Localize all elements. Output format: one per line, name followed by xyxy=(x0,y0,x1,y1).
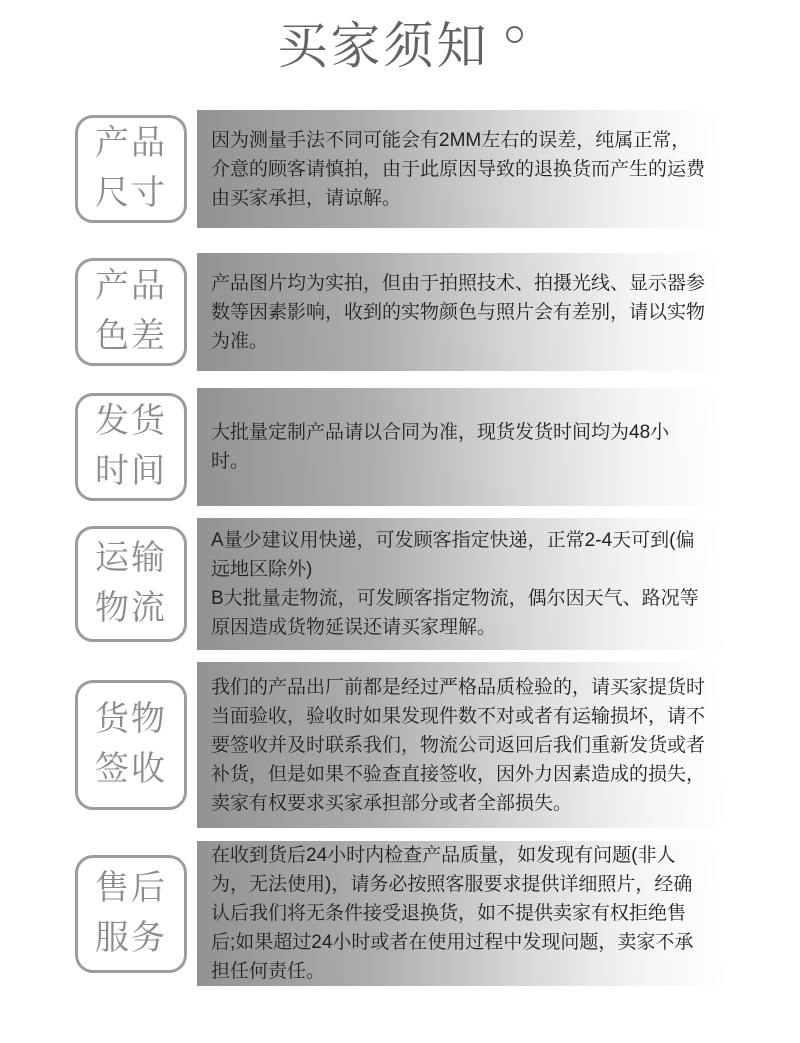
section-panel-after-sales-service: 在收到货后24小时内检查产品质量，如发现有问题(非人为，无法使用)，请务必按照客… xyxy=(197,841,740,986)
section-goods-receipt: 货物 签收 我们的产品出厂前都是经过严格品质检验的，请买家提货时当面验收，验收时… xyxy=(75,662,740,828)
section-label-shipping-time: 发货 时间 xyxy=(75,393,187,501)
label-line-1: 产品 xyxy=(95,262,167,312)
section-label-goods-receipt: 货物 签收 xyxy=(75,680,187,810)
label-line-2: 服务 xyxy=(95,914,167,964)
section-panel-product-size: 因为测量手法不同可能会有2MM左右的误差，纯属正常，介意的顾客请慎拍，由于此原因… xyxy=(197,110,740,228)
label-line-1: 运输 xyxy=(95,534,167,584)
label-line-1: 产品 xyxy=(95,119,167,169)
section-transport-logistics: 运输 物流 A量少建议用快递，可发顾客指定快递，正常2-4天可到(偏远地区除外)… xyxy=(75,518,740,650)
page-title: 买家须知 xyxy=(278,14,490,78)
section-label-transport-logistics: 运输 物流 xyxy=(75,526,187,642)
label-line-2: 签收 xyxy=(95,745,167,795)
section-after-sales-service: 售后 服务 在收到货后24小时内检查产品质量，如发现有问题(非人为，无法使用)，… xyxy=(75,841,740,986)
label-line-2: 尺寸 xyxy=(95,169,167,219)
section-shipping-time: 发货 时间 大批量定制产品请以合同为准，现货发货时间均为48小时。 xyxy=(75,388,740,506)
section-panel-color-difference: 产品图片均为实拍，但由于拍照技术、拍摄光线、显示器参数等因素影响，收到的实物颜色… xyxy=(197,253,740,371)
section-label-color-difference: 产品 色差 xyxy=(75,258,187,366)
section-body-text: A量少建议用快递，可发顾客指定快递，正常2-4天可到(偏远地区除外) B大批量走… xyxy=(211,526,706,642)
buyer-notice-page: 买家须知 产品 尺寸 因为测量手法不同可能会有2MM左右的误差，纯属正常，介意的… xyxy=(0,0,800,1043)
label-line-1: 售后 xyxy=(95,864,167,914)
section-body-text: 因为测量手法不同可能会有2MM左右的误差，纯属正常，介意的顾客请慎拍，由于此原因… xyxy=(211,126,706,213)
label-line-1: 发货 xyxy=(95,397,167,447)
section-label-after-sales-service: 售后 服务 xyxy=(75,855,187,973)
section-body-text: 大批量定制产品请以合同为准，现货发货时间均为48小时。 xyxy=(211,418,706,476)
label-line-2: 时间 xyxy=(95,447,167,497)
degree-circle-icon xyxy=(506,26,523,43)
section-panel-goods-receipt: 我们的产品出厂前都是经过严格品质检验的，请买家提货时当面验收，验收时如果发现件数… xyxy=(197,662,740,828)
label-line-2: 色差 xyxy=(95,312,167,362)
section-body-text: 产品图片均为实拍，但由于拍照技术、拍摄光线、显示器参数等因素影响，收到的实物颜色… xyxy=(211,269,706,356)
title-row: 买家须知 xyxy=(0,14,800,78)
label-line-1: 货物 xyxy=(95,695,167,745)
section-label-product-size: 产品 尺寸 xyxy=(75,115,187,223)
section-body-text: 我们的产品出厂前都是经过严格品质检验的，请买家提货时当面验收，验收时如果发现件数… xyxy=(211,673,706,818)
section-panel-transport-logistics: A量少建议用快递，可发顾客指定快递，正常2-4天可到(偏远地区除外) B大批量走… xyxy=(197,518,740,650)
section-color-difference: 产品 色差 产品图片均为实拍，但由于拍照技术、拍摄光线、显示器参数等因素影响，收… xyxy=(75,253,740,371)
section-body-text: 在收到货后24小时内检查产品质量，如发现有问题(非人为，无法使用)，请务必按照客… xyxy=(211,841,706,986)
section-panel-shipping-time: 大批量定制产品请以合同为准，现货发货时间均为48小时。 xyxy=(197,388,740,506)
section-product-size: 产品 尺寸 因为测量手法不同可能会有2MM左右的误差，纯属正常，介意的顾客请慎拍… xyxy=(75,110,740,228)
label-line-2: 物流 xyxy=(95,584,167,634)
